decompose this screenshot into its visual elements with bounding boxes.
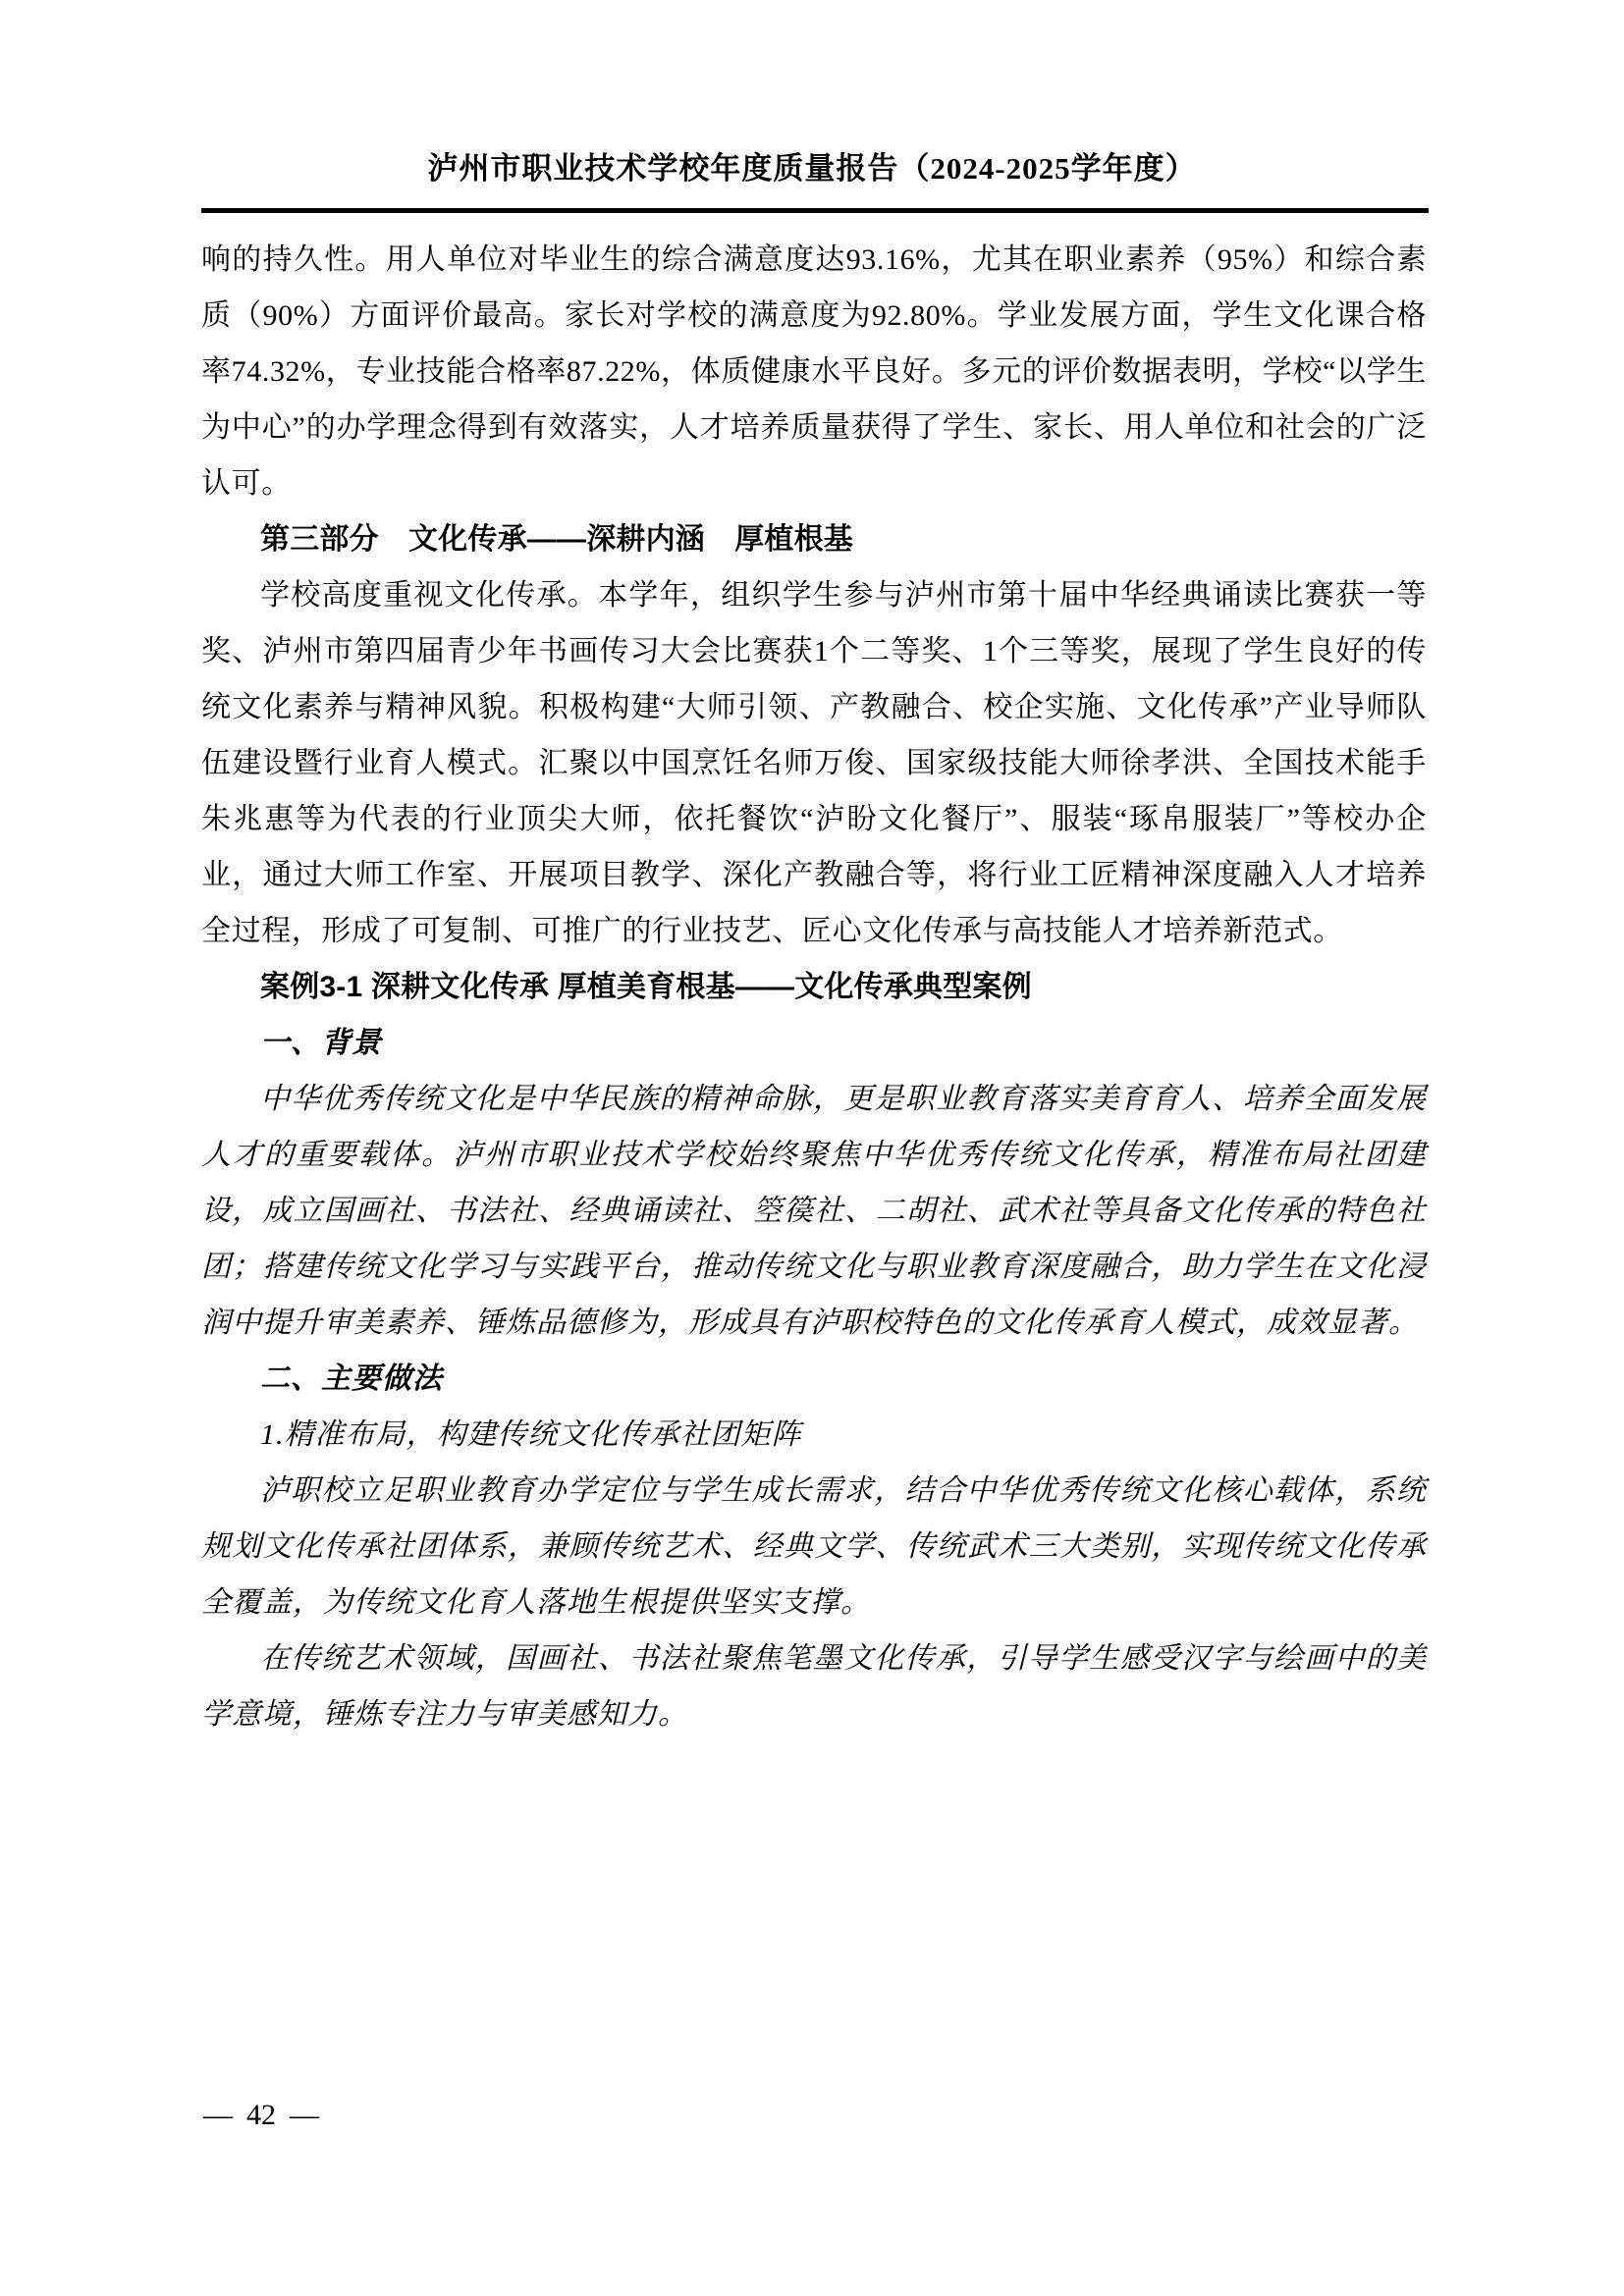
paragraph: 1.精准布局，构建传统文化传承社团矩阵	[201, 1407, 1427, 1463]
paragraph: 学校高度重视文化传承。本学年，组织学生参与泸州市第十届中华经典诵读比赛获一等奖、…	[201, 567, 1427, 959]
page-number: 42	[246, 2091, 276, 2140]
paragraph: 在传统艺术领域，国画社、书法社聚焦笔墨文化传承，引导学生感受汉字与绘画中的美学意…	[201, 1630, 1427, 1742]
paragraph: 中华优秀传统文化是中华民族的精神命脉，更是职业教育落实美育育人、培养全面发展人才…	[201, 1071, 1427, 1351]
document-body: 响的持久性。用人单位对毕业生的综合满意度达93.16%，尤其在职业素养（95%）…	[201, 232, 1427, 1742]
section-heading: 二、主要做法	[201, 1351, 1427, 1407]
document-title: 泸州市职业技术学校年度质量报告（2024-2025学年度）	[0, 147, 1624, 190]
paragraph: 泸职校立足职业教育办学定位与学生成长需求，结合中华优秀传统文化核心载体，系统规划…	[201, 1463, 1427, 1630]
document-page: 泸州市职业技术学校年度质量报告（2024-2025学年度） 响的持久性。用人单位…	[0, 0, 1624, 2296]
header-rule	[201, 208, 1429, 213]
footer-dash-left: —	[203, 2091, 233, 2140]
page-footer: — 42 —	[203, 2091, 319, 2140]
section-heading: 第三部分 文化传承——深耕内涵 厚植根基	[201, 511, 1427, 567]
section-heading: 一、背景	[201, 1015, 1427, 1071]
paragraph: 响的持久性。用人单位对毕业生的综合满意度达93.16%，尤其在职业素养（95%）…	[201, 232, 1427, 511]
section-heading: 案例3-1 深耕文化传承 厚植美育根基——文化传承典型案例	[201, 959, 1427, 1015]
footer-dash-right: —	[290, 2091, 319, 2140]
